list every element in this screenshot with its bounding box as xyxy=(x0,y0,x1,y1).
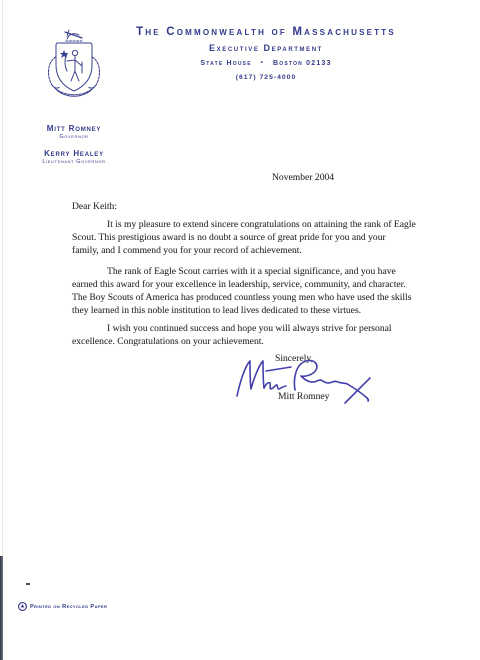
paragraph-line: It is my pleasure to extend sincere cong… xyxy=(72,218,436,231)
paragraph-line: I wish you continued success and hope yo… xyxy=(72,322,436,335)
lt-governor-name: Kerry Healey xyxy=(30,149,118,158)
officials-list: Mitt Romney Governor Kerry Healey Lieute… xyxy=(30,124,118,166)
massachusetts-state-seal-icon xyxy=(43,26,105,110)
letter-paragraph: I wish you continued success and hope yo… xyxy=(72,322,436,348)
letterhead-address-left: State House xyxy=(200,60,251,67)
recycled-paper-label: Printed on Recycled Paper xyxy=(30,604,107,610)
address-bullet-separator: • xyxy=(261,59,264,68)
letter-paragraph: It is my pleasure to extend sincere cong… xyxy=(72,218,436,257)
letter-paragraph: The rank of Eagle Scout carries with it … xyxy=(72,265,436,317)
paragraph-line: they learned in this noble institution t… xyxy=(72,304,436,317)
letterhead-org-line2: Executive Department xyxy=(118,43,414,54)
letterhead-left-column: Mitt Romney Governor Kerry Healey Lieute… xyxy=(30,26,118,166)
letter-body: November 2004 Dear Keith: It is my pleas… xyxy=(72,171,436,365)
scanned-letter-page: Mitt Romney Governor Kerry Healey Lieute… xyxy=(0,0,480,660)
letter-date: November 2004 xyxy=(272,171,436,184)
official-lt-governor: Kerry Healey Lieutenant Governor xyxy=(30,149,118,166)
letterhead-phone: (617) 725-4000 xyxy=(118,73,414,82)
paragraph-line: The rank of Eagle Scout carries with it … xyxy=(72,265,436,278)
typed-signature-name: Mitt Romney xyxy=(278,390,329,403)
paragraph-line: family, and I commend you for your recor… xyxy=(72,244,436,257)
paragraph-line: excellence. Congratulations on your achi… xyxy=(72,335,436,348)
scan-dark-strip xyxy=(0,556,3,660)
letterhead-center-block: The Commonwealth of Massachusetts Execut… xyxy=(118,26,414,82)
official-governor: Mitt Romney Governor xyxy=(30,124,118,141)
recycled-paper-footer: Printed on Recycled Paper xyxy=(18,602,107,611)
letterhead-address-line: State House•Boston 02133 xyxy=(118,59,414,68)
scan-speck xyxy=(26,583,30,585)
governor-name: Mitt Romney xyxy=(30,124,118,133)
governor-title: Governor xyxy=(30,134,118,141)
letterhead-address-right: Boston 02133 xyxy=(273,60,332,67)
paragraph-line: Scout. This prestigious award is no doub… xyxy=(72,231,436,244)
paragraph-line: The Boy Scouts of America has produced c… xyxy=(72,291,436,304)
letter-salutation: Dear Keith: xyxy=(72,200,436,213)
letterhead-org-line1: The Commonwealth of Massachusetts xyxy=(118,26,414,39)
lt-governor-title: Lieutenant Governor xyxy=(30,159,118,166)
recycle-icon xyxy=(18,602,27,611)
paragraph-line: earned this award for your excellence in… xyxy=(72,278,436,291)
